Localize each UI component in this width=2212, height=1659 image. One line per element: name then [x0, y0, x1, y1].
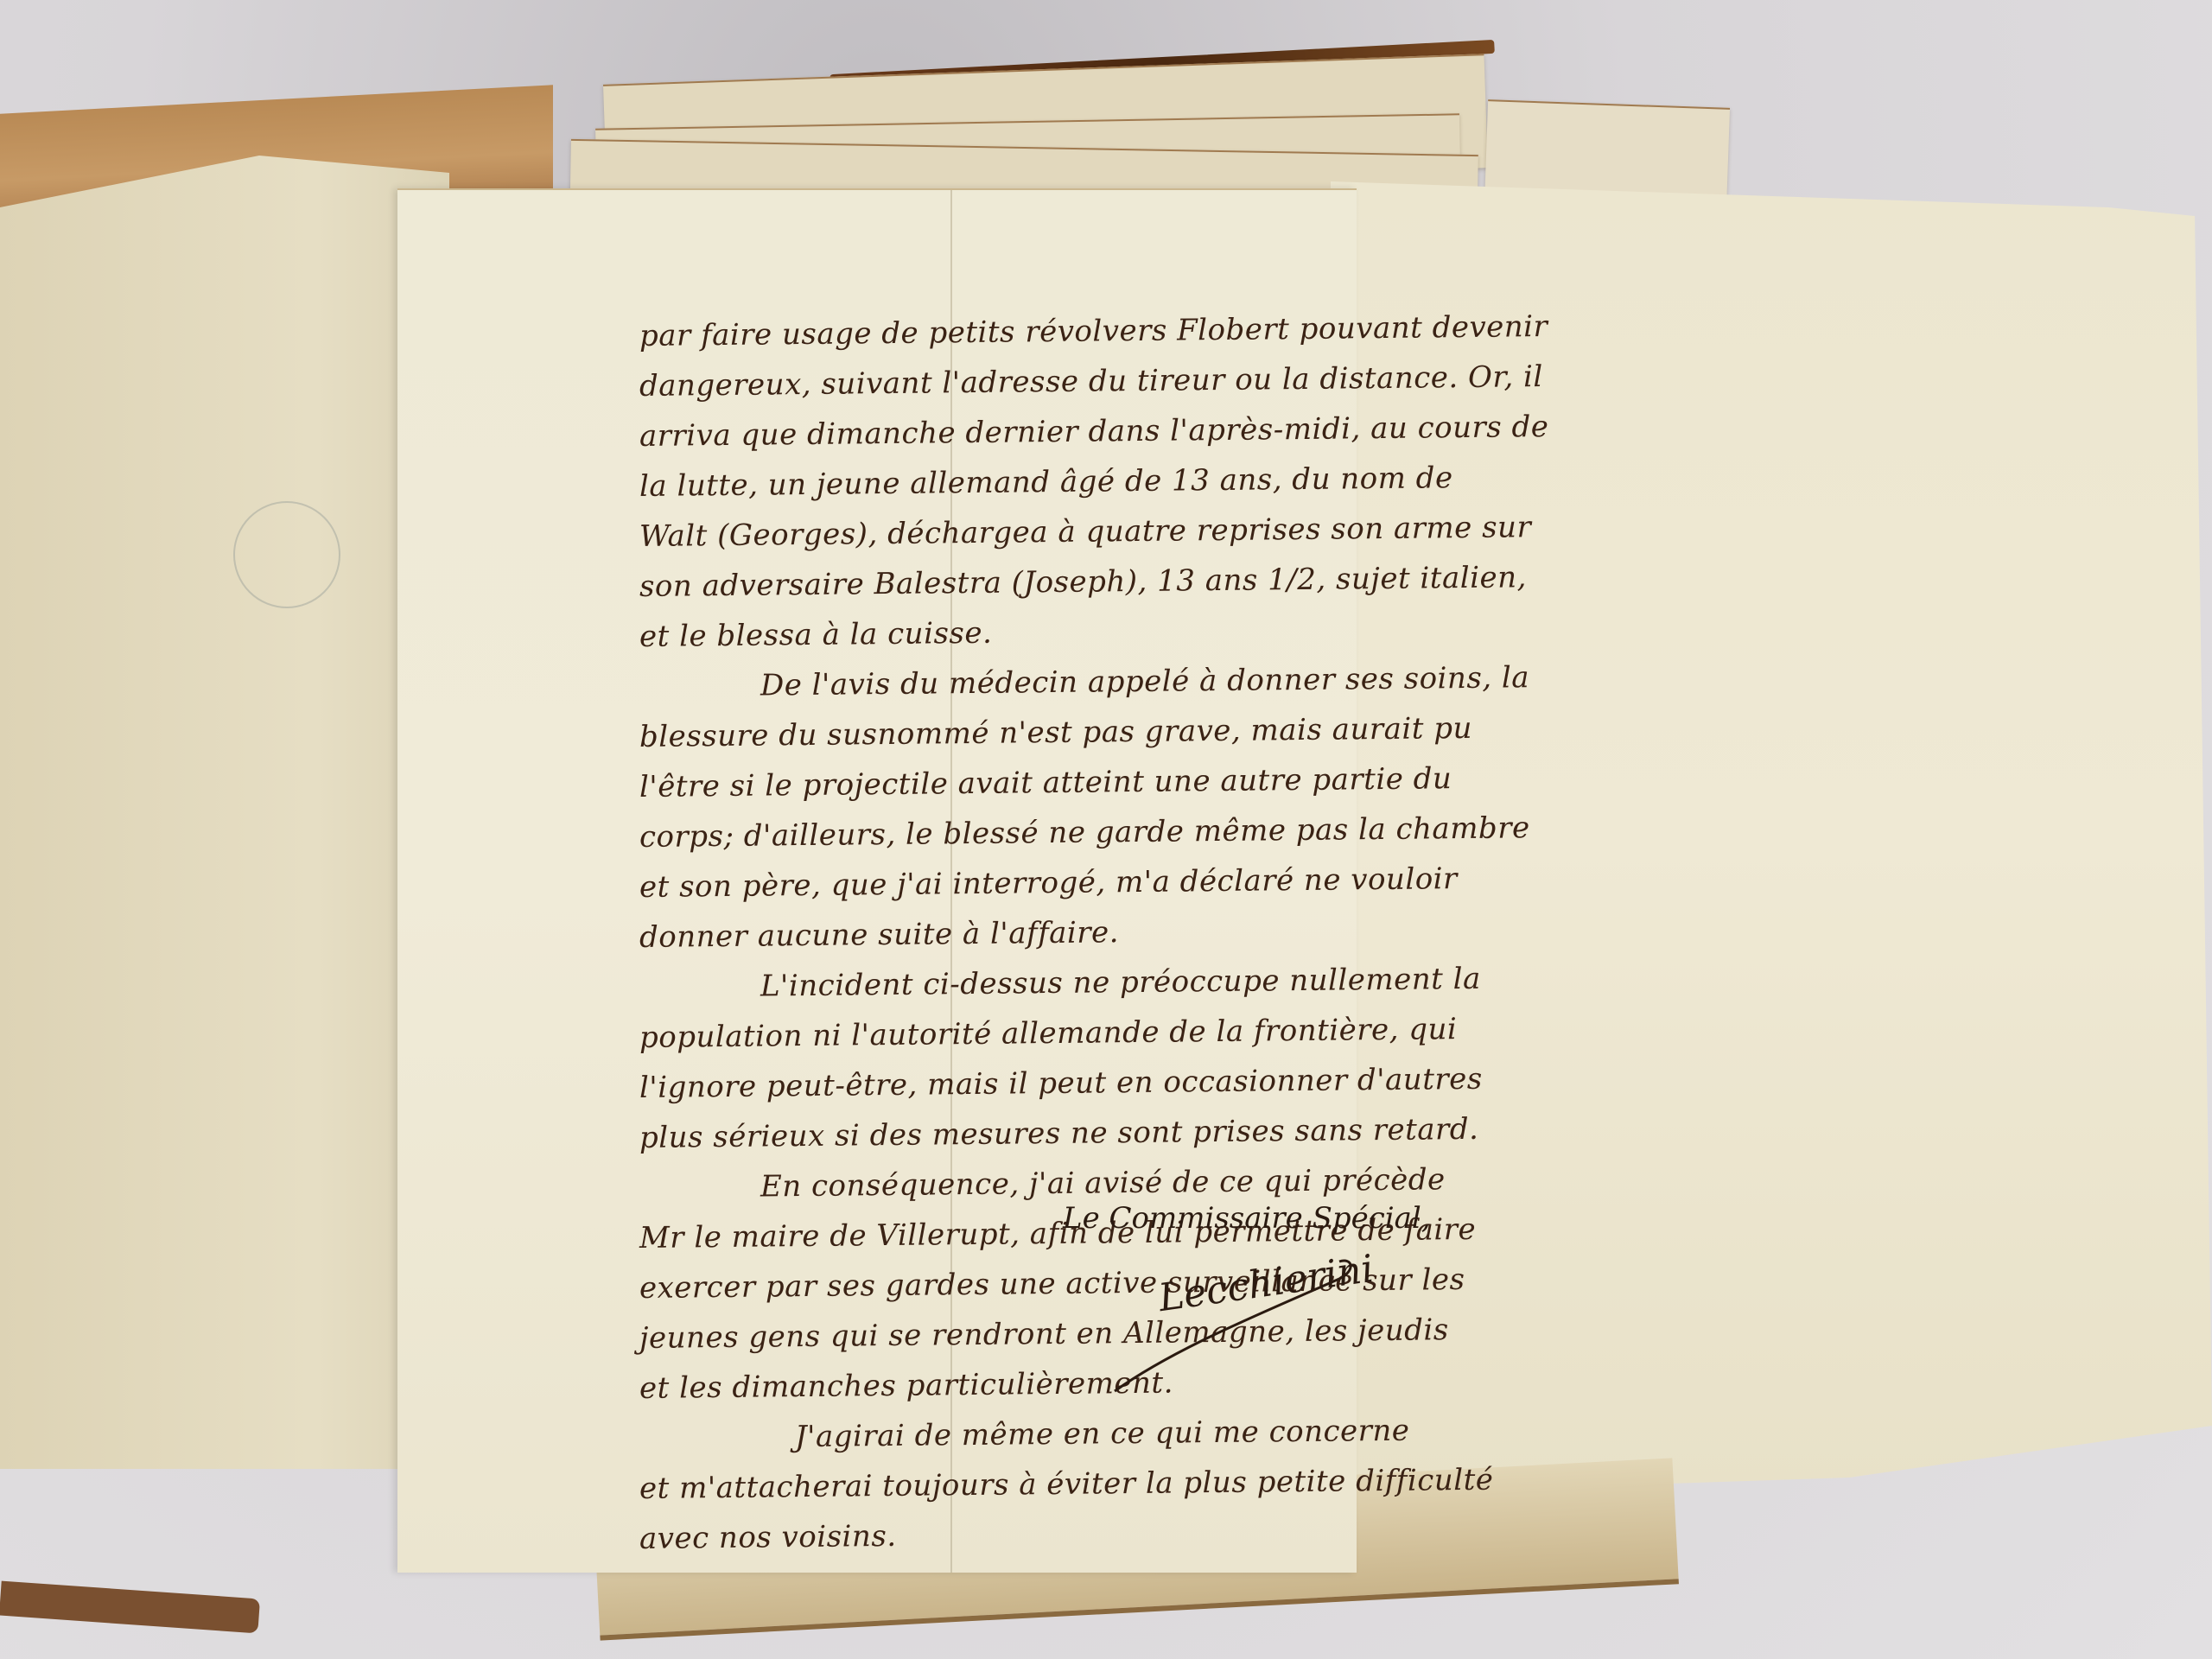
body-line: donner aucune suite à l'affaire.: [639, 905, 1401, 963]
body-line: par faire usage de petits révolvers Flob…: [639, 303, 1401, 361]
faded-stamp: [233, 501, 340, 608]
body-line: plus sérieux si des mesures ne sont pris…: [639, 1105, 1401, 1163]
body-line: J'agirai de même en ce qui me concerne: [639, 1406, 1401, 1464]
body-line: et le blessa à la cuisse.: [639, 604, 1401, 662]
body-line: corps; d'ailleurs, le blessé ne garde mê…: [639, 804, 1401, 862]
body-line: et son père, que j'ai interrogé, m'a déc…: [639, 855, 1401, 912]
body-line: l'ignore peut-être, mais il peut en occa…: [639, 1055, 1401, 1113]
body-line: population ni l'autorité allemande de la…: [639, 1005, 1401, 1063]
body-line: la lutte, un jeune allemand âgé de 13 an…: [639, 454, 1401, 512]
closing-title: Le Commissaire Spécial,: [1063, 1201, 1431, 1236]
body-line: l'être si le projectile avait atteint un…: [639, 754, 1401, 812]
body-line: blessure du susnommé n'est pas grave, ma…: [639, 704, 1401, 762]
body-line: L'incident ci-dessus ne préoccupe nullem…: [639, 955, 1401, 1013]
body-line: dangereux, suivant l'adresse du tireur o…: [639, 353, 1401, 411]
body-line: et m'attacherai toujours à éviter la plu…: [639, 1456, 1401, 1514]
signature-flourish-icon: [1106, 1244, 1365, 1400]
body-line: Walt (Georges), déchargea à quatre repri…: [639, 504, 1401, 562]
body-line: son adversaire Balestra (Joseph), 13 ans…: [639, 554, 1401, 612]
photo-scene: par faire usage de petits révolvers Flob…: [0, 0, 2212, 1659]
body-line: De l'avis du médecin appelé à donner ses…: [639, 654, 1401, 712]
body-line: avec nos voisins.: [639, 1506, 1401, 1564]
left-page: [0, 156, 449, 1469]
body-line: arriva que dimanche dernier dans l'après…: [639, 404, 1401, 461]
